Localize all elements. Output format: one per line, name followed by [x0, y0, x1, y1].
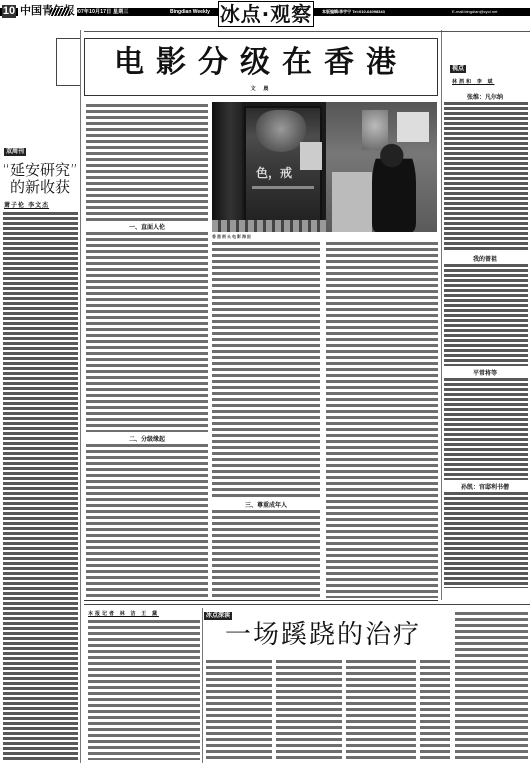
movie-poster-photo: 色，戒 [212, 102, 437, 232]
lower-article-headline: 一场蹊跷的治疗 [225, 620, 421, 650]
left-decor-box [56, 38, 80, 86]
right-heading-3: 平常将等 [440, 368, 530, 377]
page-number: 10 [2, 5, 16, 18]
main-article-col1-lower [86, 444, 208, 598]
main-article-col1 [86, 232, 208, 432]
main-article-bottom-rule [84, 600, 438, 601]
top-rule [84, 31, 530, 32]
column-rule [80, 30, 81, 763]
right-column-body-2 [444, 264, 528, 366]
left-column-tag: 双周刊 [4, 148, 26, 156]
main-article-col2-lower [212, 510, 320, 598]
left-title-line2: 的新收获 [2, 179, 78, 196]
section-title: 冰点·观察 [218, 1, 314, 27]
main-article-intro [86, 104, 208, 222]
main-article-col3 [326, 242, 438, 598]
main-subhead-2: 二、分级缘起 [86, 434, 208, 443]
left-article-byline: 萧子伦 李文杰 [4, 200, 49, 209]
ticket-kiosk [332, 172, 372, 232]
editor-email: E-mail:bingdian@cyol.net [452, 8, 497, 16]
lower-section-rule [84, 604, 530, 605]
lower-article-byline: 本报记者 林 洁 王 黛 [88, 610, 159, 617]
main-article-col2 [212, 242, 320, 500]
left-title-line1: “延安研究” [2, 162, 78, 179]
editor-line: 本版编辑/李宇宁 Tel:010-64098343 [322, 8, 385, 16]
issue-date: 2007年10月17日 星期三 [72, 8, 129, 16]
lower-article-col3 [276, 660, 342, 760]
main-subhead-1: 一、直面人伦 [86, 222, 208, 231]
cinema-marquee [212, 220, 332, 232]
right-column-body-3 [444, 378, 528, 480]
lower-article-tag: 冰点深读 [204, 612, 232, 620]
lower-article-col4 [346, 660, 416, 760]
right-heading-2: 我的曾祖 [440, 254, 530, 263]
edition-name: Bingdian Weekly [170, 8, 210, 16]
lower-right-body [455, 612, 528, 760]
lower-article-col2 [206, 660, 272, 760]
lower-article-col1 [88, 620, 200, 760]
right-column-body-1 [444, 102, 528, 252]
column-rule [202, 608, 203, 763]
masthead: 10 中国青年报 2007年10月17日 星期三 Bingdian Weekly… [0, 0, 530, 26]
main-headline-box: 电影分级在香港 文 晨 [84, 38, 438, 96]
main-author: 文 晨 [85, 85, 437, 92]
main-headline: 电影分级在香港 [85, 43, 437, 83]
main-subhead-3: 三、尊重成年人 [212, 500, 320, 509]
person-figure [372, 142, 416, 232]
poster-title: 色，戒 [256, 164, 292, 181]
right-column-body-4 [444, 492, 528, 588]
right-column-byline: 林泗和 李 斌 [452, 78, 494, 85]
left-article-title: “延安研究” 的新收获 [2, 162, 78, 196]
right-heading-1: 张维：凡尔纳 [440, 92, 530, 101]
right-column-tag: 视点 [450, 65, 466, 73]
column-rule [441, 30, 442, 600]
lower-article-col5 [420, 660, 450, 760]
poster-face [256, 110, 306, 152]
left-article-body [3, 212, 78, 760]
right-heading-4: 孙凯：官邸利书僧 [440, 482, 530, 491]
hatch-decoration [50, 8, 70, 16]
photo-caption: 香港街头电影海报 [212, 234, 252, 240]
